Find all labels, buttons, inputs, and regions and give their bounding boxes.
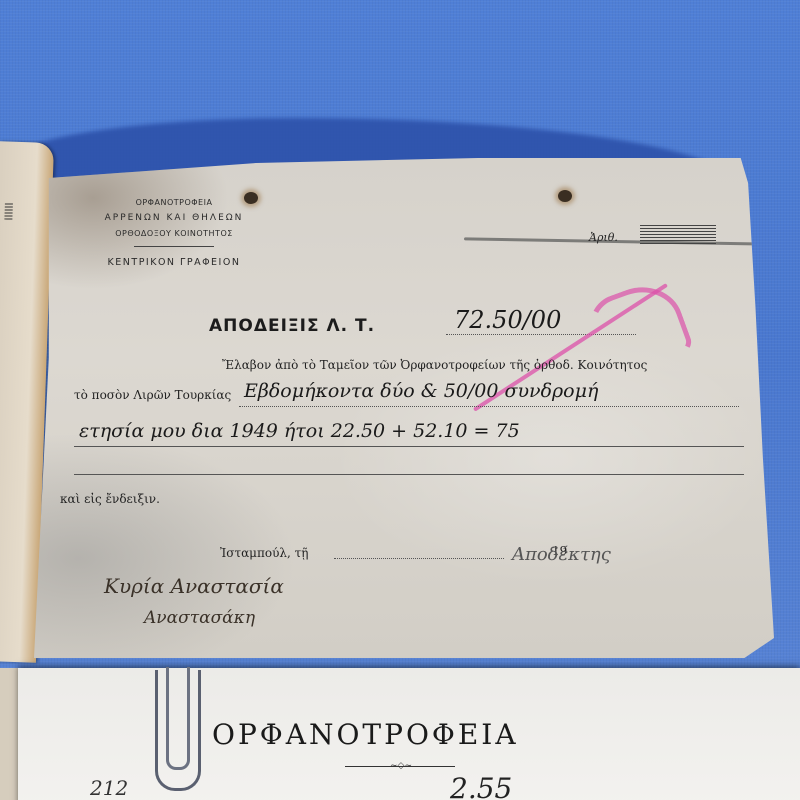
second-document-ornament: ~◇~ <box>390 761 412 771</box>
fill-line-4 <box>74 474 744 475</box>
closing-text: καὶ εἰς ἔνδειξιν. <box>60 492 160 506</box>
receipt-document: ΟΡΦΑΝΟΤΡΟΦΕΙΑ ΑΡΡΕΝΩΝ ΚΑΙ ΘΗΛΕΩΝ ΟΡΘΟΔΟΞ… <box>34 158 774 658</box>
punch-hole-right <box>558 190 572 202</box>
receipt-amount: 72.50/00 <box>454 306 561 334</box>
number-hatched-box <box>640 224 716 244</box>
letterhead-line-1: ΟΡΦΑΝΟΤΡΟΦΕΙΑ <box>74 198 274 207</box>
letterhead-line-2: ΑΡΡΕΝΩΝ ΚΑΙ ΘΗΛΕΩΝ <box>74 213 274 223</box>
body-line-2-handwritten: Εβδομήκοντα δύο & 50/00 συνδρομή <box>244 380 598 402</box>
place-label: Ἰσταμπούλ, τῇ <box>220 546 308 560</box>
fill-line-2 <box>239 406 739 407</box>
barcode-mark <box>4 201 13 219</box>
second-document-title: ΟΡΦΑΝΟΤΡΟΦΕΙΑ <box>212 718 519 751</box>
receipt-title: ΑΠΟΔΕΙΞΙΣ Λ. Τ. <box>209 316 375 336</box>
letterhead-office: ΚΕΝΤΡΙΚΟΝ ΓΡΑΦΕΙΟΝ <box>74 257 274 268</box>
letterhead: ΟΡΦΑΝΟΤΡΟΦΕΙΑ ΑΡΡΕΝΩΝ ΚΑΙ ΘΗΛΕΩΝ ΟΡΘΟΔΟΞ… <box>74 198 274 268</box>
body-line-3-handwritten: ετησία μου δια 1949 ήτοι 22.50 + 52.10 =… <box>79 420 520 442</box>
date-dotted-line <box>334 558 504 559</box>
letterhead-rule <box>134 246 214 247</box>
payer-signature-line-1: Κυρία Αναστασία <box>104 574 284 598</box>
body-line-1: Ἔλαβον ἀπὸ τὸ Ταμεῖον τῶν Ὀρφανοτροφείων… <box>222 358 647 372</box>
fill-line-3 <box>74 446 744 447</box>
paper-clip <box>155 670 201 791</box>
number-label: Ἀριθ. <box>589 231 618 244</box>
second-document-handwritten-number: 212 <box>90 776 128 800</box>
body-line-2-label: τὸ ποσὸν Λιρῶν Τουρκίας <box>74 388 231 402</box>
letterhead-line-3: ΟΡΘΟΔΟΞΟΥ ΚΟΙΝΟΤΗΤΟΣ <box>74 229 274 238</box>
payer-signature-line-2: Αναστασάκη <box>144 608 255 628</box>
second-document-handwritten-amount: 2.55 <box>450 772 512 800</box>
receiver-signature: Αποδέκτης <box>512 544 611 565</box>
